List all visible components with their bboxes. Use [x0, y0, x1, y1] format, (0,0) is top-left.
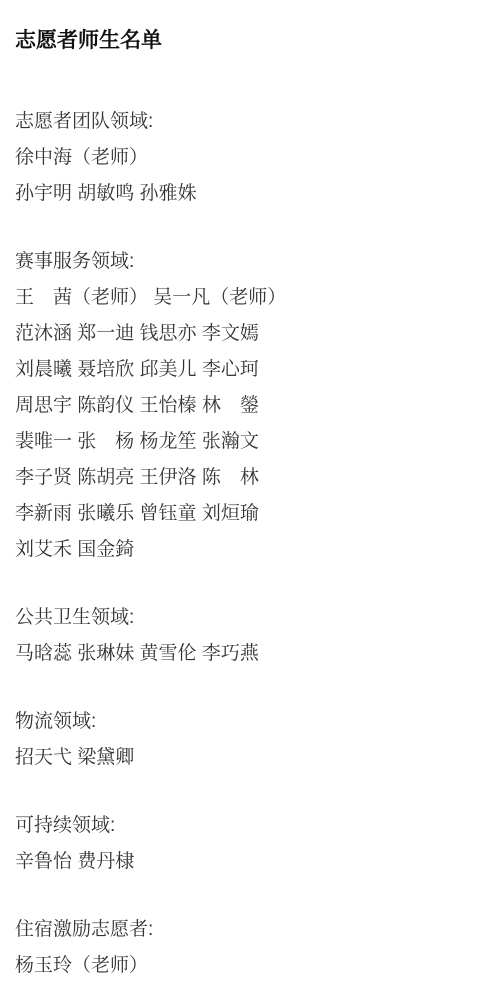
name-line: 杨玉玲（老师）: [15, 948, 483, 984]
section-accommodation-incentive: 住宿激励志愿者: 杨玉玲（老师）: [15, 912, 483, 984]
name-line: 王 茜（老师） 吴一凡（老师）: [15, 280, 483, 316]
name-line: 李新雨 张曦乐 曾钰童 刘烜瑜: [15, 496, 483, 532]
section-heading: 物流领域:: [15, 704, 483, 740]
name-line: 周思宇 陈韵仪 王怡榛 林 鎣: [15, 388, 483, 424]
page-title: 志愿者师生名单: [15, 22, 483, 60]
section-sustainability: 可持续领域: 辛鲁怡 费丹棣: [15, 808, 483, 880]
name-line: 马晗蕊 张琳妹 黄雪伦 李巧燕: [15, 636, 483, 672]
name-line: 招天弋 梁黛卿: [15, 740, 483, 776]
section-logistics: 物流领域: 招天弋 梁黛卿: [15, 704, 483, 776]
name-line: 徐中海（老师）: [15, 140, 483, 176]
section-public-health: 公共卫生领域: 马晗蕊 张琳妹 黄雪伦 李巧燕: [15, 600, 483, 672]
section-heading: 志愿者团队领域:: [15, 104, 483, 140]
name-line: 刘晨曦 聂培欣 邱美儿 李心珂: [15, 352, 483, 388]
name-line: 孙宇明 胡敏鸣 孙雅姝: [15, 176, 483, 212]
name-line: 裴唯一 张 杨 杨龙笙 张瀚文: [15, 424, 483, 460]
section-heading: 赛事服务领域:: [15, 244, 483, 280]
section-heading: 可持续领域:: [15, 808, 483, 844]
name-line: 刘艾禾 国金錡: [15, 532, 483, 568]
section-heading: 住宿激励志愿者:: [15, 912, 483, 948]
name-line: 范沐涵 郑一迪 钱思亦 李文嫣: [15, 316, 483, 352]
section-volunteer-team: 志愿者团队领域: 徐中海（老师） 孙宇明 胡敏鸣 孙雅姝: [15, 104, 483, 212]
name-line: 辛鲁怡 费丹棣: [15, 844, 483, 880]
document-page: 志愿者师生名单 志愿者团队领域: 徐中海（老师） 孙宇明 胡敏鸣 孙雅姝 赛事服…: [0, 0, 493, 1000]
name-line: 李子贤 陈胡亮 王伊洛 陈 林: [15, 460, 483, 496]
section-event-services: 赛事服务领域: 王 茜（老师） 吴一凡（老师） 范沐涵 郑一迪 钱思亦 李文嫣 …: [15, 244, 483, 568]
section-heading: 公共卫生领域:: [15, 600, 483, 636]
